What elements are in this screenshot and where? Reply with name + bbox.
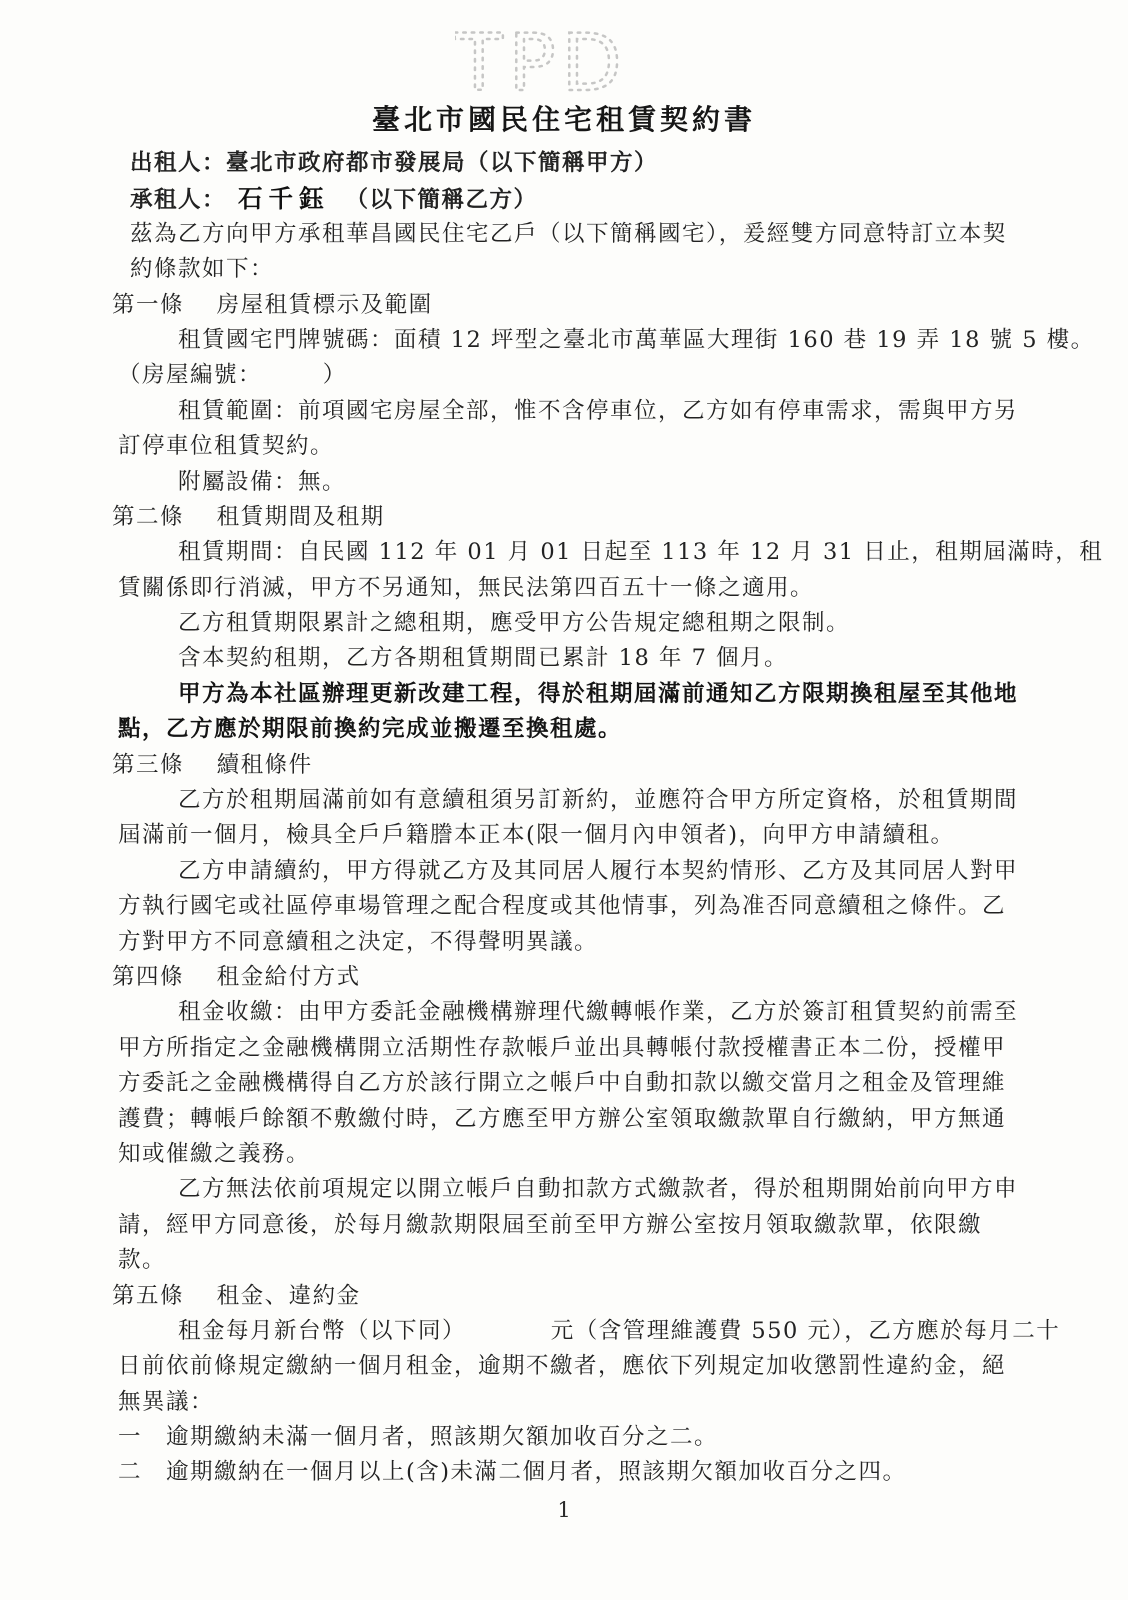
contract-body: 茲為乙方向甲方承租華昌國民住宅乙戶（以下簡稱國宅），爰經雙方同意特訂立本契約條款… [112, 217, 1032, 1491]
document-title: 臺北市國民住宅租賃契約書 [0, 98, 1128, 138]
contract-line: 第一條 房屋租賃標示及範圍 [112, 288, 1032, 323]
lessee-suffix: （以下簡稱乙方） [346, 187, 538, 213]
watermark-text: TPD [455, 19, 628, 108]
contract-line: 屆滿前一個月，檢具全戶戶籍謄本正本(限一個月內申領者)，向甲方申請續租。 [112, 818, 1032, 853]
contract-line: 點，乙方應於期限前換約完成並搬遷至換租處。 [112, 712, 1032, 747]
contract-line: 含本契約租期，乙方各期租賃期間已累計 18 年 7 個月。 [112, 641, 1032, 676]
contract-line: 甲方為本社區辦理更新改建工程，得於租期屆滿前通知乙方限期換租屋至其他地 [112, 677, 1032, 712]
lessor-line: 出租人：臺北市政府都市發展局（以下簡稱甲方） [112, 146, 1032, 181]
contract-line: 附屬設備：無。 [112, 465, 1032, 500]
contract-line: 租金每月新台幣（以下同） 元（含管理維護費 550 元），乙方應於每月二十 [112, 1314, 1032, 1349]
contract-line: 無異議： [112, 1385, 1032, 1420]
contract-line: 租賃國宅門牌號碼：面積 12 坪型之臺北市萬華區大理街 160 巷 19 弄 1… [112, 323, 1032, 358]
contract-line: 茲為乙方向甲方承租華昌國民住宅乙戶（以下簡稱國宅），爰經雙方同意特訂立本契 [112, 217, 1032, 252]
lessee-name: 石千鈺 [238, 184, 330, 213]
contract-line: 乙方無法依前項規定以開立帳戶自動扣款方式繳款者，得於租期開始前向甲方申 [112, 1172, 1032, 1207]
lessee-label: 承租人： [130, 187, 226, 213]
watermark-stamp: TPD [455, 18, 670, 108]
contract-line: 賃關係即行消滅，甲方不另通知，無民法第四百五十一條之適用。 [112, 571, 1032, 606]
contract-line: 租金收繳：由甲方委託金融機構辦理代繳轉帳作業，乙方於簽訂租賃契約前需至 [112, 995, 1032, 1030]
contract-line: 第四條 租金給付方式 [112, 960, 1032, 995]
contract-line: （房屋編號： ） [112, 358, 1032, 393]
contract-line: 乙方申請續約，甲方得就乙方及其同居人履行本契約情形、乙方及其同居人對甲 [112, 854, 1032, 889]
contract-line: 款。 [112, 1243, 1032, 1278]
contract-line: 請，經甲方同意後，於每月繳款期限屆至前至甲方辦公室按月領取繳款單，依限繳 [112, 1208, 1032, 1243]
contract-page: TPD 臺北市國民住宅租賃契約書 出租人：臺北市政府都市發展局（以下簡稱甲方） … [0, 0, 1128, 1600]
contract-line: 第三條 續租條件 [112, 748, 1032, 783]
contract-content: 出租人：臺北市政府都市發展局（以下簡稱甲方） 承租人：石千鈺（以下簡稱乙方） 茲… [112, 146, 1032, 1491]
contract-line: 方對甲方不同意續租之決定，不得聲明異議。 [112, 925, 1032, 960]
contract-line: 第五條 租金、違約金 [112, 1279, 1032, 1314]
contract-line: 一 逾期繳納未滿一個月者，照該期欠額加收百分之二。 [112, 1420, 1032, 1455]
contract-line: 甲方所指定之金融機構開立活期性存款帳戶並出具轉帳付款授權書正本二份，授權甲 [112, 1031, 1032, 1066]
contract-line: 第二條 租賃期間及租期 [112, 500, 1032, 535]
contract-line: 日前依前條規定繳納一個月租金，逾期不繳者，應依下列規定加收懲罰性違約金，絕 [112, 1349, 1032, 1384]
contract-line: 租賃期間：自民國 112 年 01 月 01 日起至 113 年 12 月 31… [112, 535, 1032, 570]
page-number: 1 [0, 1498, 1128, 1522]
contract-line: 乙方租賃期限累計之總租期，應受甲方公告規定總租期之限制。 [112, 606, 1032, 641]
contract-line: 訂停車位租賃契約。 [112, 429, 1032, 464]
contract-line: 護費；轉帳戶餘額不敷繳付時，乙方應至甲方辦公室領取繳款單自行繳納，甲方無通 [112, 1102, 1032, 1137]
contract-line: 約條款如下： [112, 252, 1032, 287]
contract-line: 二 逾期繳納在一個月以上(含)未滿二個月者，照該期欠額加收百分之四。 [112, 1455, 1032, 1490]
contract-line: 乙方於租期屆滿前如有意續租須另訂新約，並應符合甲方所定資格，於租賃期間 [112, 783, 1032, 818]
contract-line: 知或催繳之義務。 [112, 1137, 1032, 1172]
contract-line: 方委託之金融機構得自乙方於該行開立之帳戶中自動扣款以繳交當月之租金及管理維 [112, 1066, 1032, 1101]
contract-line: 租賃範圍：前項國宅房屋全部，惟不含停車位，乙方如有停車需求，需與甲方另 [112, 394, 1032, 429]
contract-line: 方執行國宅或社區停車場管理之配合程度或其他情事，列為准否同意續租之條件。乙 [112, 889, 1032, 924]
lessee-line: 承租人：石千鈺（以下簡稱乙方） [112, 181, 1032, 216]
